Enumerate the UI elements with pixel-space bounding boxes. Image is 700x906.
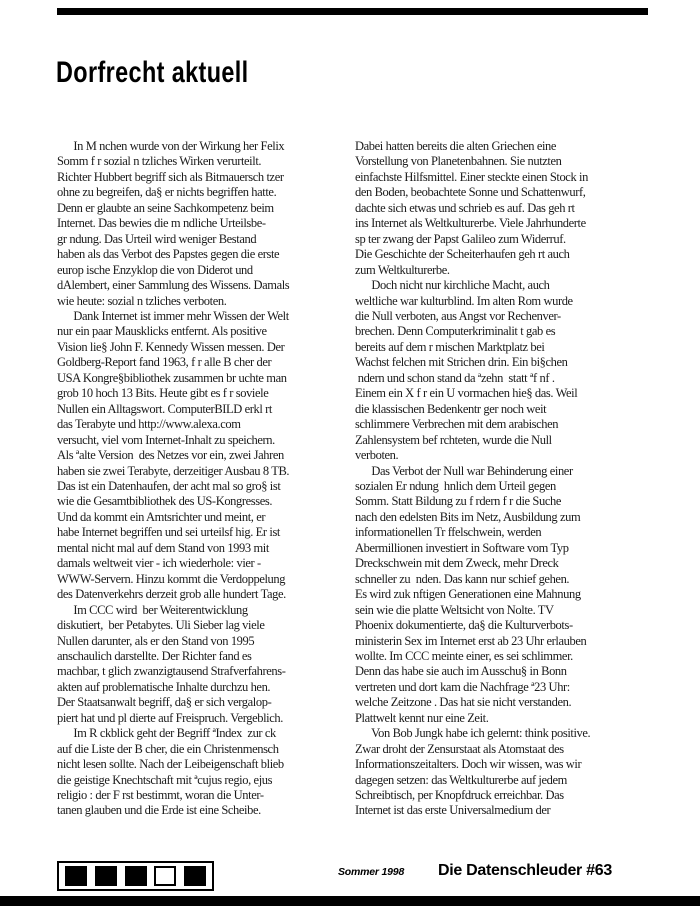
text-line: ohne zu begreifen, da§ er nichts begriff… <box>57 185 345 200</box>
text-line: zum Weltkulturerbe. <box>355 263 657 278</box>
logo-square <box>65 866 87 886</box>
text-line: diskutiert, ber Petabytes. Uli Sieber la… <box>57 618 345 633</box>
text-line: Von Bob Jungk habe ich gelernt: think po… <box>355 726 657 741</box>
text-line: die Null verboten, aus Angst vor Rechenv… <box>355 309 657 324</box>
article-body: In M nchen wurde von der Wirkung her Fel… <box>57 139 657 819</box>
logo-square <box>95 866 117 886</box>
text-line: wie heute: sozial n tzliches verboten. <box>57 294 345 309</box>
text-line: dagegen setzen: das Weltkulturerbe auf j… <box>355 773 657 788</box>
text-line: USA Kongre§bibliothek zusammen br uchte … <box>57 371 345 386</box>
text-line: Im R ckblick geht der Begriff ªIndex zur… <box>57 726 345 741</box>
text-line: Somm. Statt Bildung zu f rdern f r die S… <box>355 494 657 509</box>
text-line: Es wird zuk nftigen Generationen eine Ma… <box>355 587 657 602</box>
text-line: informationellen Tr ffelschwein, werden <box>355 525 657 540</box>
text-line: anschaulich darstellte. Der Richter fand… <box>57 649 345 664</box>
text-line: welche Zeitzone . Das hat sie nicht vers… <box>355 695 657 710</box>
text-line: Als ªalte Version des Netzes vor ein, zw… <box>57 448 345 463</box>
text-line: Denn das habe sie auch im Ausschu§ in Bo… <box>355 664 657 679</box>
text-line: Vorstellung von Planetenbahnen. Sie nutz… <box>355 154 657 169</box>
text-line: Dreckschwein mit dem Zweck, mehr Dreck <box>355 556 657 571</box>
text-line: sozialen Er ndung hnlich dem Urteil gege… <box>355 479 657 494</box>
text-line: Denn er glaubte an seine Sachkompetenz b… <box>57 201 345 216</box>
text-line: schlimmere Verbrechen mit dem arabischen <box>355 417 657 432</box>
text-line: damals weltweit vier - ich wiederhole: v… <box>57 556 345 571</box>
text-line: Im CCC wird ber Weiterentwicklung <box>57 603 345 618</box>
article-column-right: Dabei hatten bereits die alten Griechen … <box>355 139 657 819</box>
text-line: nach den edelsten Bits im Netz, Ausbildu… <box>355 510 657 525</box>
text-line: habe Internet begriffen und sei urteilsf… <box>57 525 345 540</box>
text-line: Goldberg-Report fand 1963, f r alle B ch… <box>57 355 345 370</box>
text-line: Somm f r sozial n tzliches Wirken verurt… <box>57 154 345 169</box>
footer-publication-title: Die Datenschleuder #63 <box>438 862 612 880</box>
text-line: Die Geschichte der Scheiterhaufen geh rt… <box>355 247 657 262</box>
text-line: die klassischen Bedenkentr ger noch weit <box>355 402 657 417</box>
text-line: Zahlensystem bef rchteten, wurde die Nul… <box>355 433 657 448</box>
text-line: tanen glauben und die Erde ist eine Sche… <box>57 803 345 818</box>
text-line: religio : der F rst bestimmt, woran die … <box>57 788 345 803</box>
text-line: Informationszeitalters. Doch wir wissen,… <box>355 757 657 772</box>
text-line: Abermillionen investiert in Software vom… <box>355 541 657 556</box>
footer-logo-squares <box>57 861 214 891</box>
logo-square <box>184 866 206 886</box>
text-line: schneller zu nden. Das kann nur schief g… <box>355 572 657 587</box>
text-line: dachte sich etwas und schrieb es auf. Da… <box>355 201 657 216</box>
text-line: ins Internet als Weltkulturerbe. Viele J… <box>355 216 657 231</box>
text-line: ndern und schon stand da ªzehn statt ªf … <box>355 371 657 386</box>
text-line: Internet ist das erste Universalmedium d… <box>355 803 657 818</box>
text-line: Das Verbot der Null war Behinderung eine… <box>355 464 657 479</box>
text-line: Phoenix dokumentierte, da§ die Kulturver… <box>355 618 657 633</box>
text-line: haben sie zwei Terabyte, derzeitiger Aus… <box>57 464 345 479</box>
text-line: gr ndung. Das Urteil wird weniger Bestan… <box>57 232 345 247</box>
text-line: machbar, t glich zwanzigtausend Strafver… <box>57 664 345 679</box>
text-line: Schreibtisch, per Knopfdruck erreichbar.… <box>355 788 657 803</box>
text-line: piert hat und pl dierte auf Freispruch. … <box>57 711 345 726</box>
page-title: Dorfrecht aktuell <box>56 56 249 90</box>
footer-issue-date: Sommer 1998 <box>338 866 404 878</box>
text-line: In M nchen wurde von der Wirkung her Fel… <box>57 139 345 154</box>
text-line: Und da kommt ein Amtsrichter und meint, … <box>57 510 345 525</box>
text-line: europ ische Enzyklop die von Diderot und <box>57 263 345 278</box>
text-line: Nullen ein Alltagswort. ComputerBILD erk… <box>57 402 345 417</box>
magazine-page: { "page": { "title": "Dorfrecht aktuell"… <box>0 0 700 906</box>
text-line: Dabei hatten bereits die alten Griechen … <box>355 139 657 154</box>
text-line: Vision lie§ John F. Kennedy Wissen messe… <box>57 340 345 355</box>
text-line: verboten. <box>355 448 657 463</box>
text-line: weltliche war kulturblind. Im alten Rom … <box>355 294 657 309</box>
text-line: WWW-Servern. Hinzu kommt die Verdoppelun… <box>57 572 345 587</box>
text-line: Doch nicht nur kirchliche Macht, auch <box>355 278 657 293</box>
text-line: das Terabyte und http://www.alexa.com <box>57 417 345 432</box>
article-column-left: In M nchen wurde von der Wirkung her Fel… <box>57 139 345 819</box>
text-line: ministerin Sex im Internet erst ab 23 Uh… <box>355 634 657 649</box>
text-line: Das ist ein Datenhaufen, der acht mal so… <box>57 479 345 494</box>
text-line: Der Staatsanwalt begriff, da§ er sich ve… <box>57 695 345 710</box>
text-line: vertreten und dort kam die Nachfrage ª23… <box>355 680 657 695</box>
text-line: die geistige Knechtschaft mit ªcujus reg… <box>57 773 345 788</box>
logo-square <box>154 866 176 886</box>
text-line: einfachste Hilfsmittel. Einer steckte ei… <box>355 170 657 185</box>
text-line: sp ter zwang der Papst Galileo zum Wider… <box>355 232 657 247</box>
text-line: Plattwelt kennt nur eine Zeit. <box>355 711 657 726</box>
bottom-rule <box>0 896 700 906</box>
text-line: auf die Liste der B cher, die ein Christ… <box>57 742 345 757</box>
text-line: bereits auf dem r mischen Marktplatz bei <box>355 340 657 355</box>
text-line: brechen. Denn Computerkriminalit t gab e… <box>355 324 657 339</box>
logo-square <box>125 866 147 886</box>
text-line: des Datenverkehrs derzeit grob alle hund… <box>57 587 345 602</box>
text-line: sein wie die platte Weltsicht von Nolte.… <box>355 603 657 618</box>
text-line: dAlembert, einer Sammlung des Wissens. D… <box>57 278 345 293</box>
text-line: Zwar droht der Zensurstaat als Atomstaat… <box>355 742 657 757</box>
text-line: Dank Internet ist immer mehr Wissen der … <box>57 309 345 324</box>
text-line: wollte. Im CCC meinte einer, es sei schl… <box>355 649 657 664</box>
text-line: versucht, viel vom Internet-Inhalt zu sp… <box>57 433 345 448</box>
text-line: Internet. Das bewies die m ndliche Urtei… <box>57 216 345 231</box>
text-line: nur ein paar Mausklicks entfernt. Als po… <box>57 324 345 339</box>
text-line: wie die Gesamtbibliothek des US-Kongress… <box>57 494 345 509</box>
text-line: Richter Hubbert begriff sich als Bitmaue… <box>57 170 345 185</box>
top-rule <box>57 8 648 15</box>
text-line: den Boden, beobachtete Sonne und Schatte… <box>355 185 657 200</box>
text-line: akten auf problematische Inhalte durchzu… <box>57 680 345 695</box>
text-line: nicht lesen sollte. Nach der Leibeigensc… <box>57 757 345 772</box>
text-line: Nullen darunter, als er den Stand von 19… <box>57 634 345 649</box>
text-line: Einem ein X f r ein U vormachen hie§ das… <box>355 386 657 401</box>
text-line: Wachst felchen mit Strichen drin. Ein bi… <box>355 355 657 370</box>
text-line: mental nicht mal auf dem Stand von 1993 … <box>57 541 345 556</box>
text-line: haben als das Verbot des Papstes gegen d… <box>57 247 345 262</box>
text-line: grob 10 hoch 13 Bits. Heute gibt es f r … <box>57 386 345 401</box>
